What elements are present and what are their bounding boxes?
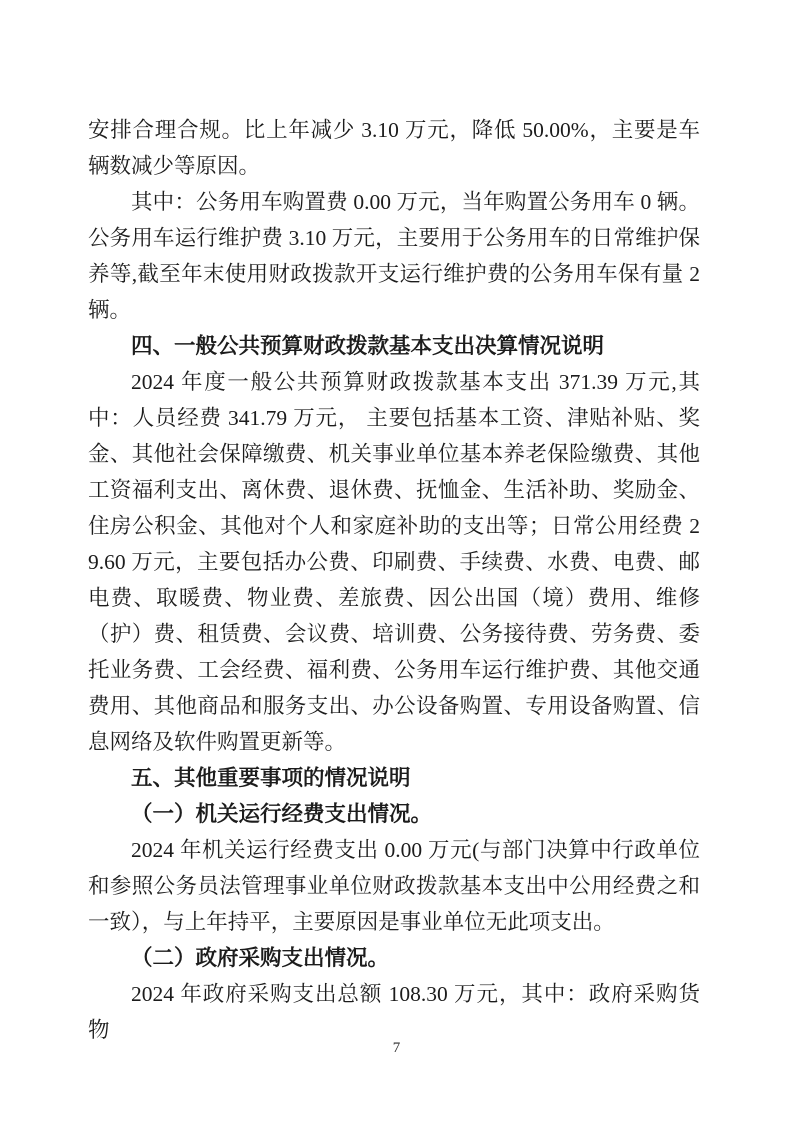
document-content: 安排合理合规。比上年减少 3.10 万元，降低 50.00%，主要是车辆数减少等… [88,112,700,1048]
document-page: 安排合理合规。比上年减少 3.10 万元，降低 50.00%，主要是车辆数减少等… [0,0,793,1122]
heading-section-5: 五、其他重要事项的情况说明 [88,760,700,796]
para-vehicle-cost-continuation: 安排合理合规。比上年减少 3.10 万元，降低 50.00%，主要是车辆数减少等… [88,112,700,184]
page-number: 7 [0,1038,793,1058]
heading-section-4: 四、一般公共预算财政拨款基本支出决算情况说明 [88,328,700,364]
heading-subsection-5-2: （二）政府采购支出情况。 [88,940,700,976]
para-operating-expense: 2024 年机关运行经费支出 0.00 万元(与部门决算中行政单位和参照公务员法… [88,832,700,940]
para-vehicle-purchase-maintenance: 其中：公务用车购置费 0.00 万元，当年购置公务用车 0 辆。公务用车运行维护… [88,184,700,328]
heading-subsection-5-1: （一）机关运行经费支出情况。 [88,796,700,832]
para-basic-expenditure-detail: 2024 年度一般公共预算财政拨款基本支出 371.39 万元,其中：人员经费 … [88,364,700,760]
